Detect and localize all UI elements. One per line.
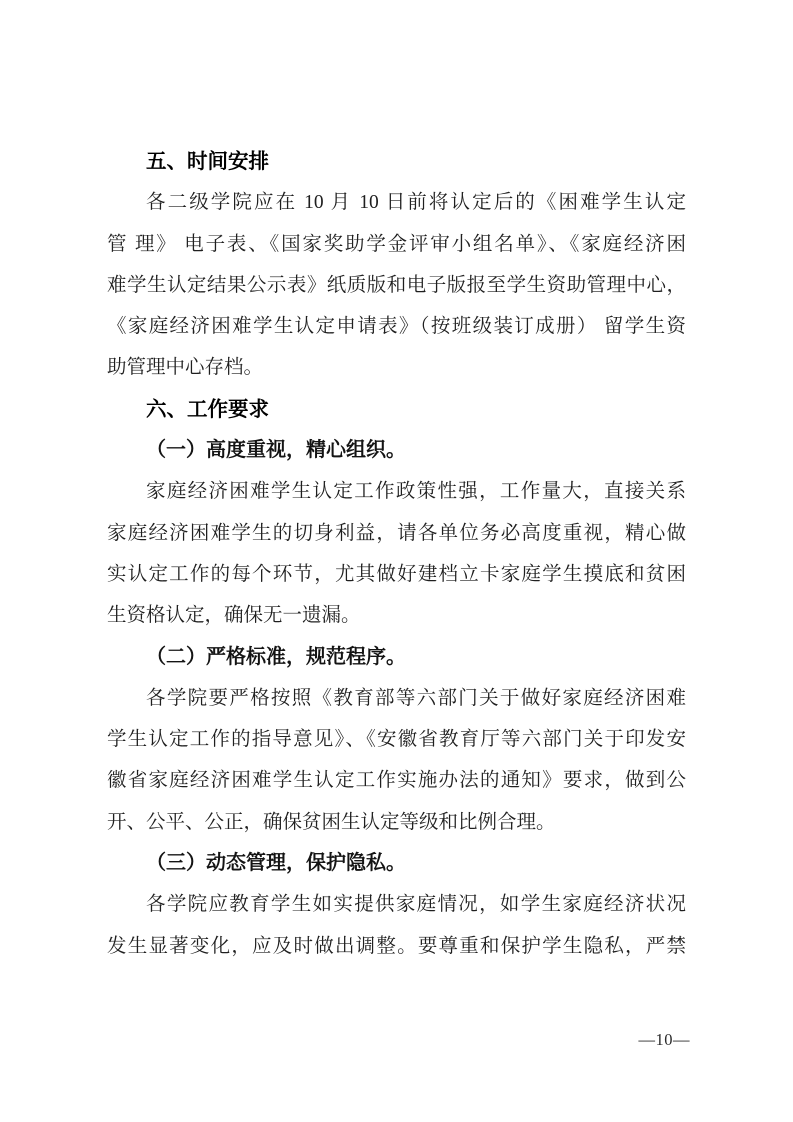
- text-line: 家庭经济困难学生认定工作政策性强，工作量大，直接关系: [107, 471, 686, 512]
- subsection-heading: （三）动态管理，保护隐私。: [107, 843, 686, 884]
- text-line: 各学院要严格按照《教育部等六部门关于做好家庭经济困难: [107, 678, 686, 719]
- text-line: 学生认定工作的指导意见》、《安徽省教育厅等六部门关于印发安: [107, 719, 686, 760]
- text-line: 难学生认定结果公示表》纸质版和电子版报至学生资助管理中心，: [107, 265, 686, 306]
- page-number: —10—: [639, 1030, 691, 1050]
- subsection-heading: （一）高度重视，精心组织。: [107, 430, 686, 471]
- text-line: 实认定工作的每个环节，尤其做好建档立卡家庭学生摸底和贫困: [107, 554, 686, 595]
- section-heading: 五、时间安排: [107, 141, 686, 182]
- text-line: 开、公平、公正，确保贫困生认定等级和比例合理。: [107, 802, 686, 843]
- text-line: 管 理》 电子表、《国家奖助学金评审小组名单》、《家庭经济困: [107, 224, 686, 265]
- subsection-heading: （二）严格标准，规范程序。: [107, 637, 686, 678]
- text-line: 生资格认定，确保无一遗漏。: [107, 595, 686, 636]
- document-body: 五、时间安排各二级学院应在 10 月 10 日前将认定后的《困难学生认定管 理》…: [107, 141, 686, 967]
- text-line: 《家庭经济困难学生认定申请表》（按班级装订成册） 留学生资: [107, 306, 686, 347]
- text-line: 发生显著变化，应及时做出调整。要尊重和保护学生隐私，严禁: [107, 926, 686, 967]
- text-line: 徽省家庭经济困难学生认定工作实施办法的通知》要求，做到公: [107, 760, 686, 801]
- document-page: 五、时间安排各二级学院应在 10 月 10 日前将认定后的《困难学生认定管 理》…: [0, 0, 793, 1122]
- text-line: 家庭经济困难学生的切身利益，请各单位务必高度重视，精心做: [107, 513, 686, 554]
- text-line: 各学院应教育学生如实提供家庭情况，如学生家庭经济状况: [107, 884, 686, 925]
- text-line: 助管理中心存档。: [107, 347, 686, 388]
- section-heading: 六、工作要求: [107, 389, 686, 430]
- text-line: 各二级学院应在 10 月 10 日前将认定后的《困难学生认定: [107, 182, 686, 223]
